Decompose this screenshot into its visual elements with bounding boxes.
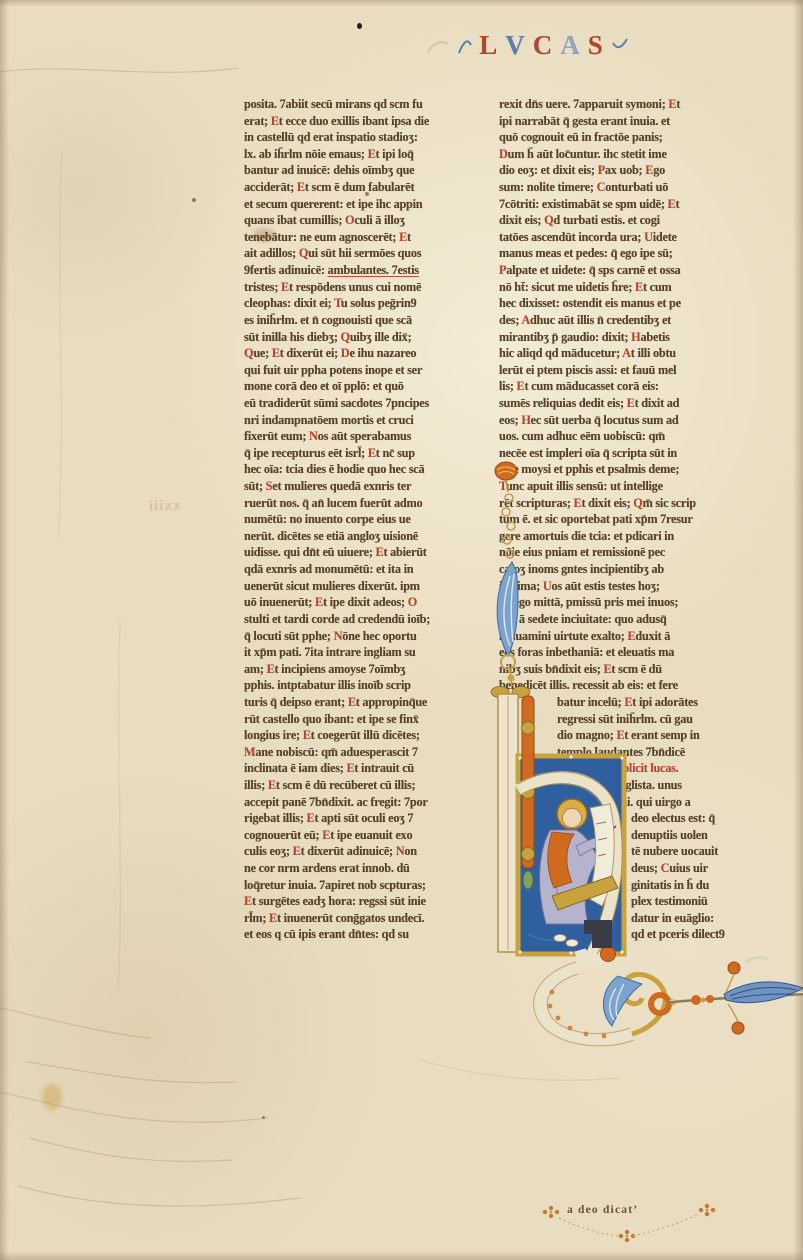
text-line: q̄ locuti sūt pphe; Nōne hec oportu: [244, 628, 496, 645]
line-text: ui sūt hii sermōes quos: [308, 246, 421, 260]
parchment-stain: [42, 1084, 62, 1110]
line-text: es inih̄rlm. et n̄ cognouisti que scā: [244, 313, 412, 327]
text-line: ruerūt nos. q̄ an̄ lucem fuerūt admo: [244, 495, 496, 512]
line-text: tenebātur: ne eum agnoscerēt;: [244, 230, 399, 244]
line-text: et eos q cū ipis erant dn̄tes: qd su: [244, 927, 409, 941]
line-text: hec dixisset: ostendit eis manus et pe: [499, 296, 681, 310]
line-text: it xp̄m pati. 7ita intrare ingliam su: [244, 645, 415, 659]
initial-tail-flourish: [520, 948, 803, 1060]
text-line: erat; Et ecce duo exillis ibant ipsa die: [244, 113, 496, 130]
text-line: sūt; Set mulieres quedā exnris ter: [244, 478, 496, 495]
line-text: t surgētes eadʒ hora: regssi sūt inie: [252, 894, 426, 908]
red-capital: N: [309, 429, 318, 443]
line-text: t abierūt: [383, 545, 426, 559]
line-text: t appropinq̄ue: [356, 695, 427, 709]
line-text: os aūt sperabamus: [318, 429, 411, 443]
line-text: plex testimoniū: [631, 894, 708, 908]
text-line: turis q̄ deipso erant; Et appropinq̄ue: [244, 694, 496, 711]
line-text: eos;: [499, 413, 521, 427]
text-line: acciderāt; Et scm ē dum fabularēt: [244, 179, 496, 196]
red-capital: E: [272, 346, 280, 360]
parchment-speck: [192, 198, 196, 202]
text-line: 7cōtriti: existimabāt se spm uidē; Et: [499, 196, 767, 213]
red-capital: M: [244, 745, 255, 759]
text-line: longius ire; Et coegerūt illū dicētes;: [244, 727, 496, 744]
line-text: illis;: [244, 778, 268, 792]
line-text: tē nubere uocauit: [631, 844, 718, 858]
red-capital: T: [334, 296, 341, 310]
line-text: t apti sūt oculi eoʒ 7: [314, 811, 413, 825]
text-line: Mane nobiscū: qm̄ aduesperascit 7: [244, 744, 496, 761]
line-text: t ipe euanuit exo: [330, 828, 412, 842]
red-capital: Q: [341, 330, 350, 344]
text-line: dio eoʒ: et dixit eis; Pax uob; Ego: [499, 162, 767, 179]
line-text: deo electus est: q̄: [631, 811, 715, 825]
text-line: eos; Hec sūt uerba q̄ locutus sum ad: [499, 412, 767, 429]
line-text: t inuenerūt conḡgatos undecī.: [277, 911, 424, 925]
line-text: t ipi loq̄: [376, 147, 414, 161]
text-line: denuptiis uolen: [631, 827, 767, 844]
line-text: t: [407, 230, 411, 244]
text-line: bantur ad inuicē: dehis oīmbʒ que: [244, 162, 496, 179]
text-line: nerūt. dicētes se etiā angloʒ uisionē: [244, 528, 496, 545]
line-text: ait adillos;: [244, 246, 299, 260]
text-line: et secum quererent: et ipe ihc appin: [244, 196, 496, 213]
line-text: m̄ sic scrip: [643, 496, 696, 510]
text-line: ait adillos; Qui sūt hii sermōes quos: [244, 245, 496, 262]
line-text: ōne hec oportu: [342, 629, 416, 643]
line-text: des;: [499, 313, 521, 327]
text-line: lis; Et cum māducasset corā eis:: [499, 378, 767, 395]
line-text: longius ire;: [244, 728, 303, 742]
orange-knot-icon: [601, 948, 616, 962]
line-text: lerūt ei ptem piscis assi: et fauū mel: [499, 363, 676, 377]
line-text: d turbati estis. et cogi: [553, 213, 659, 227]
text-line: deo electus est: q̄: [631, 810, 767, 827]
line-text: ipi narrabāt q̄ gesta erant inuia. et: [499, 114, 670, 128]
text-line: qdā exnris ad monumētū: et ita in: [244, 561, 496, 578]
line-text: t ecce duo exillis ibant ipsa die: [279, 114, 429, 128]
line-text: onturbati uō: [605, 180, 668, 194]
red-capital: N: [334, 629, 343, 643]
text-line: rl̄m; Et inuenerūt conḡgatos undecī.: [244, 910, 496, 927]
text-line: manus meas et pedes: q̄ ego ipe sū;: [499, 245, 767, 262]
line-text: turis q̄ deipso erant;: [244, 695, 348, 709]
line-text: uenerūt sicut mulieres dixerūt. ipm: [244, 579, 420, 593]
text-line: et eos q cū ipis erant dn̄tes: qd su: [244, 926, 496, 943]
line-text: denuptiis uolen: [631, 828, 708, 842]
line-text: rigebat illis;: [244, 811, 307, 825]
line-text: ec sūt uerba q̄ locutus sum ad: [531, 413, 679, 427]
line-text: et mulieres quedā exnris ter: [272, 479, 411, 493]
line-text: uos. cum adhuc eēm uobiscū: qm̄: [499, 429, 665, 443]
red-capital: O: [345, 213, 354, 227]
line-text: t nc̄ sup: [376, 446, 415, 460]
line-text: os aūt estis testes hoʒ;: [552, 579, 660, 593]
text-line: Et ego mittā, pmissū pris mei inuos;: [499, 594, 767, 611]
line-text: sum: nolite timere;: [499, 180, 597, 194]
text-line: uidisse. qui dn̄t eū uiuere; Et abierūt: [244, 544, 496, 561]
text-line: lx. ab ih̄rlm nōie emaus; Et ipi loq̄: [244, 146, 496, 163]
red-capital: Q: [244, 346, 253, 360]
line-text: cognouerūt eū;: [244, 828, 322, 842]
text-line: q̄ ipe recepturus eēt isrl̄; Et nc̄ sup: [244, 445, 496, 462]
line-text: ax uob;: [605, 163, 645, 177]
line-text: nerūt. dicētes se etiā angloʒ uisionē: [244, 529, 418, 543]
line-text: on: [404, 844, 417, 858]
text-line: eū tradiderūt sūmi sacdotes 7pncipes: [244, 395, 496, 412]
red-capital: E: [368, 446, 376, 460]
line-text: t dixit eis;: [582, 496, 634, 510]
manuscript-page: LVCAS xxiii posita. 7abiit secū mirans q…: [0, 0, 803, 1260]
line-text: in castellū qd erat inspatio stadioʒ:: [244, 130, 418, 144]
line-text: q̄ locuti sūt pphe;: [244, 629, 334, 643]
red-capital: Q: [544, 213, 553, 227]
red-capital: E: [635, 280, 643, 294]
text-line: tē nubere uocauit: [631, 843, 767, 860]
line-text: deus;: [631, 861, 661, 875]
line-text: culi ā illoʒ: [354, 213, 404, 227]
text-line: lege moysi et pphis et psalmis deme;: [499, 461, 767, 478]
line-text: t ipi adorātes: [632, 695, 698, 709]
marginal-ornament: [486, 458, 538, 688]
text-line: stulti et tardi corde ad credendū ioīb;: [244, 611, 496, 628]
line-text: cleophas: dixit ei;: [244, 296, 334, 310]
text-line: necēe est impleri oīa q̄ scripta sūt in: [499, 445, 767, 462]
line-text: t scm ē dū: [611, 662, 661, 676]
text-line: in castellū qd erat inspatio stadioʒ:: [244, 129, 496, 146]
line-text: duxit ā: [635, 629, 670, 643]
line-text: pphis. intptabatur illis inoīb scrip: [244, 678, 411, 692]
text-line: hic aliqd qd māducetur; At illi obtu: [499, 345, 767, 362]
header-flourish-right: [611, 33, 629, 57]
line-text: ane nobiscū: qm̄ aduesperascit 7: [255, 745, 417, 759]
text-line: am; Et incipiens amoyse 7oīmbʒ: [244, 661, 496, 678]
line-text: tristes;: [244, 280, 281, 294]
line-text: bantur ad inuicē: dehis oīmbʒ que: [244, 163, 414, 177]
text-line: dixit eis; Qd turbati estis. et cogi: [499, 212, 767, 229]
line-text: sūt;: [244, 479, 266, 493]
line-text: 7cōtriti: existimabāt se spm uidē;: [499, 197, 668, 211]
text-line: deus; Cuius uir: [631, 860, 767, 877]
line-text: accepit panē 7bn̄dixit. ac fregit: 7por: [244, 795, 428, 809]
text-line: ne cor nrm ardens erat innob. dū: [244, 860, 496, 877]
line-text: lx. ab ih̄rlm nōie emaus;: [244, 147, 368, 161]
red-capital: Q: [633, 496, 642, 510]
line-text: erat;: [244, 114, 271, 128]
text-line: rexit dn̄s uere. 7apparuit symoni; Et: [499, 96, 767, 113]
text-line: tristes; Et respōdens unus cui nomē: [244, 279, 496, 296]
red-capital: U: [543, 579, 552, 593]
text-line: illis; Et scm ē dū recūberet cū illis;: [244, 777, 496, 794]
red-capital: E: [574, 496, 582, 510]
line-text: rexit dn̄s uere. 7apparuit symoni;: [499, 97, 668, 111]
parchment-speck: [357, 23, 362, 29]
red-capital: E: [517, 379, 525, 393]
line-text: um h̄ aūt loc̄untur. ihc stetit ime: [508, 147, 667, 161]
line-text: qd et pceris dilect9: [631, 927, 725, 941]
line-text: 9fertis adinuicē:: [244, 263, 328, 277]
parchment-speck: [262, 1116, 265, 1119]
text-line: uenerūt sicut mulieres dixerūt. ipm: [244, 578, 496, 595]
red-capital: O: [408, 595, 417, 609]
text-line: Et surgētes eadʒ hora: regssi sūt inie: [244, 893, 496, 910]
line-text: loq̄retur inuia. 7apiret nob scpturas;: [244, 878, 426, 892]
line-text: rl̄m;: [244, 911, 269, 925]
line-text: nri indampnatōem mortis et cruci: [244, 413, 414, 427]
line-text: t scm ē dum fabularēt: [305, 180, 415, 194]
red-capital: E: [281, 280, 289, 294]
text-line: induamini uirtute exalto; Eduxit ā: [499, 628, 767, 645]
text-line: tum ē. et sic oportebat pati xp̄m 7resur: [499, 511, 767, 528]
line-text: tatōes ascendūt incorda ura;: [499, 230, 644, 244]
running-title-letters: LVCAS: [476, 30, 608, 61]
text-line: quans ibat cumillis; Oculi ā illoʒ: [244, 212, 496, 229]
line-text: mirantibʒ p̄ gaudio: dixit;: [499, 330, 631, 344]
red-capital: E: [269, 911, 277, 925]
line-text: ue;: [253, 346, 271, 360]
text-line: mirantibʒ p̄ gaudio: dixit; Habetis: [499, 329, 767, 346]
line-text: t intrauit cū: [354, 761, 414, 775]
line-text: hec oīa: tcia dies ē hodie quo hec scā: [244, 462, 424, 476]
catchword-text: a deo dicat’: [567, 1204, 638, 1216]
text-line: rēt scripturas; Et dixit eis; Qm̄ sic sc…: [499, 495, 767, 512]
text-line: tenebātur: ne eum agnoscerēt; Et: [244, 229, 496, 246]
text-line: hec dixisset: ostendit eis manus et pe: [499, 295, 767, 312]
line-text: t cum: [643, 280, 671, 294]
red-capital: E: [271, 114, 279, 128]
line-text: ne cor nrm ardens erat innob. dū: [244, 861, 410, 875]
red-capital: U: [644, 230, 653, 244]
blue-leaf-icon: [497, 562, 518, 656]
line-text: go: [653, 163, 665, 177]
line-text: abetis: [640, 330, 669, 344]
line-text: fixerūt eum;: [244, 429, 309, 443]
text-line: 9fertis adinuicē: ambulantes. 7estis: [244, 262, 496, 279]
text-line: ih̄rlima; Uos aūt estis testes hoʒ;: [499, 578, 767, 595]
text-line: tatōes ascendūt incorda ura; Uidete: [499, 229, 767, 246]
line-text: numētū: no inuento corpe eius ue: [244, 512, 411, 526]
line-text: t respōdens unus cui nomē: [289, 280, 421, 294]
line-text: eū tradiderūt sūmi sacdotes 7pncipes: [244, 396, 429, 410]
red-capital: P: [598, 163, 605, 177]
red-capital: E: [368, 147, 376, 161]
text-line: uos ā sedete inciuitate: quo adusq̄: [499, 611, 767, 628]
text-line: rūt castello quo ibant: et ipe se finx̄: [244, 711, 496, 728]
line-text: alpate et uidete: q̄ sps carnē et ossa: [506, 263, 680, 277]
text-line: culis eoʒ; Et dixerūt adinuicē; Non: [244, 843, 496, 860]
text-line: loq̄retur inuia. 7apiret nob scpturas;: [244, 877, 496, 894]
line-text: t dixerūt adinuicē;: [301, 844, 396, 858]
header-flourish-left: [457, 33, 473, 57]
line-text: t cum māducasset corā eis:: [525, 379, 659, 393]
line-text: quō cognouit eū in fractōe panis;: [499, 130, 663, 144]
red-capital: E: [645, 163, 653, 177]
line-text: t coegerūt illū dicētes;: [311, 728, 420, 742]
text-line: nōie eius pniam et remissionē pec: [499, 544, 767, 561]
red-capital: C: [597, 180, 606, 194]
text-line: rigebat illis; Et apti sūt oculi eoʒ 7: [244, 810, 496, 827]
line-text: uidisse. qui dn̄t eū uiuere;: [244, 545, 376, 559]
line-text: t erant semp in: [624, 728, 699, 742]
text-line: catoʒ inoms gntes incipientibʒ ab: [499, 561, 767, 578]
text-line: fixerūt eum; Nos aūt sperabamus: [244, 428, 496, 445]
red-capital: E: [303, 728, 311, 742]
line-text: ginitatis in h̄ du: [631, 878, 709, 892]
line-text: posita. 7abiit secū mirans qd scm fu: [244, 97, 423, 111]
red-capital: A: [521, 313, 530, 327]
red-capital: E: [627, 396, 635, 410]
red-capital: E: [322, 828, 330, 842]
text-line: sumēs reliquias dedit eis; Et dixit ad: [499, 395, 767, 412]
text-line: inclinata ē iam dies; Et intrauit cū: [244, 760, 496, 777]
red-capital: E: [348, 695, 356, 709]
text-line: sum: nolite timere; Conturbati uō: [499, 179, 767, 196]
line-text: t ipe dixit adeos;: [323, 595, 408, 609]
red-capital: C: [661, 861, 670, 875]
line-text: t dixit ad: [635, 396, 680, 410]
text-column-left: posita. 7abiit secū mirans qd scm fuerat…: [244, 96, 496, 943]
gold-chain-icon: [502, 494, 515, 558]
red-capital: E: [315, 595, 323, 609]
line-text: dixit eis;: [499, 213, 544, 227]
pencil-mark: [424, 34, 454, 60]
illuminated-initial-h: [488, 684, 630, 962]
red-capital: E: [267, 662, 275, 676]
line-text: t: [675, 197, 679, 211]
text-line: gere amortuis die tcia: et pdicari in: [499, 528, 767, 545]
line-text: t: [676, 97, 680, 111]
text-line: es inih̄rlm. et n̄ cognouisti que scā: [244, 312, 496, 329]
running-title-letter: L: [476, 30, 502, 61]
orange-ring-icon: [651, 995, 669, 1013]
underlined-text: ambulantes. 7estis: [328, 263, 419, 277]
text-line: nō ht̄: sicut me uidetis h̄re; Et cum: [499, 279, 767, 296]
text-line: nri indampnatōem mortis et cruci: [244, 412, 496, 429]
text-line: Palpate et uidete: q̄ sps carnē et ossa: [499, 262, 767, 279]
text-line: posita. 7abiit secū mirans qd scm fu: [244, 96, 496, 113]
line-text: idete: [653, 230, 677, 244]
line-text: t dixerūt ei;: [280, 346, 341, 360]
line-text: stulti et tardi corde ad credendū ioīb;: [244, 612, 430, 626]
line-text: hic aliqd qd māducetur;: [499, 346, 622, 360]
line-text: datur in euāglio:: [631, 911, 714, 925]
text-line: ginitatis in h̄ du: [631, 877, 767, 894]
text-line: mone corā deo et oī pplō: et quō: [244, 378, 496, 395]
line-text: e ihu nazareo: [349, 346, 416, 360]
red-capital: E: [268, 778, 276, 792]
red-capital: A: [622, 346, 631, 360]
red-capital: E: [399, 230, 407, 244]
line-text: q̄ ipe recepturus eēt isrl̄;: [244, 446, 368, 460]
text-line: nibʒ suis bn̄dixit eis; Et scm ē dū: [499, 661, 767, 678]
line-text: inclinata ē iam dies;: [244, 761, 346, 775]
line-text: rūt castello quo ibant: et ipe se finx̄: [244, 712, 419, 726]
line-text: dhuc aūt illis n̄ credentibʒ et: [530, 313, 671, 327]
text-line: qui fuit uir ppha potens inope et ser: [244, 362, 496, 379]
red-capital: D: [499, 147, 508, 161]
text-line: accepit panē 7bn̄dixit. ac fregit: 7por: [244, 794, 496, 811]
running-title-letter: C: [530, 30, 558, 61]
text-line: plex testimoniū: [631, 893, 767, 910]
red-capital: E: [244, 894, 252, 908]
line-text: et secum quererent: et ipe ihc appin: [244, 197, 422, 211]
line-text: lis;: [499, 379, 517, 393]
line-text: ruerūt nos. q̄ an̄ lucem fuerūt admo: [244, 496, 422, 510]
text-line: quō cognouit eū in fractōe panis;: [499, 129, 767, 146]
line-text: culis eoʒ;: [244, 844, 293, 858]
line-text: quans ibat cumillis;: [244, 213, 345, 227]
running-title: LVCAS: [448, 22, 638, 68]
text-line: cleophas: dixit ei; Tu solus peḡrin9: [244, 295, 496, 312]
line-text: mone corā deo et oī pplō: et quō: [244, 379, 404, 393]
text-line: hec oīa: tcia dies ē hodie quo hec scā: [244, 461, 496, 478]
running-title-letter: S: [585, 30, 608, 61]
red-capital: E: [293, 844, 301, 858]
text-line: datur in euāglio:: [631, 910, 767, 927]
text-line: pphis. intptabatur illis inoīb scrip: [244, 677, 496, 694]
line-text: uō inuenerūt;: [244, 595, 315, 609]
line-text: uibʒ ille dix̄;: [350, 330, 412, 344]
blue-acanthus-icon: [603, 976, 642, 1026]
line-text: manus meas et pedes: q̄ ego ipe sū;: [499, 246, 673, 260]
line-text: qdā exnris ad monumētū: et ita in: [244, 562, 413, 576]
text-line: it xp̄m pati. 7ita intrare ingliam su: [244, 644, 496, 661]
red-capital: E: [297, 180, 305, 194]
text-line: eos foras inbethaniā: et eleuatis ma: [499, 644, 767, 661]
line-text: u solus peḡrin9: [341, 296, 417, 310]
text-line: Dum h̄ aūt loc̄untur. ihc stetit ime: [499, 146, 767, 163]
text-line: uō inuenerūt; Et ipe dixit adeos; O: [244, 594, 496, 611]
line-text: qui fuit uir ppha potens inope et ser: [244, 363, 422, 377]
red-capital: Q: [299, 246, 308, 260]
line-text: t incipiens amoyse 7oīmbʒ: [275, 662, 406, 676]
text-line: uos. cum adhuc eēm uobiscū: qm̄: [499, 428, 767, 445]
text-line: ipi narrabāt q̄ gesta erant inuia. et: [499, 113, 767, 130]
text-line: lerūt ei ptem piscis assi: et fauū mel: [499, 362, 767, 379]
line-text: dio eoʒ: et dixit eis;: [499, 163, 598, 177]
text-line: qd et pceris dilect9: [631, 926, 767, 943]
fleur-leaf-icon: [724, 982, 803, 1003]
text-line: numētū: no inuento corpe eius ue: [244, 511, 496, 528]
text-line: cognouerūt eū; Et ipe euanuit exo: [244, 827, 496, 844]
line-text: acciderāt;: [244, 180, 297, 194]
text-line: sūt inilla his diebʒ; Quibʒ ille dix̄;: [244, 329, 496, 346]
running-title-letter: V: [502, 30, 530, 61]
text-line: Que; Et dixerūt ei; De ihu nazareo: [244, 345, 496, 362]
text-line: des; Adhuc aūt illis n̄ credentibʒ et: [499, 312, 767, 329]
line-text: t scm ē dū recūberet cū illis;: [276, 778, 416, 792]
red-capital: H: [521, 413, 530, 427]
line-text: nō ht̄: sicut me uidetis h̄re;: [499, 280, 635, 294]
catchword: a deo dicat’: [535, 1196, 725, 1250]
marginal-numeral: xxiii: [148, 498, 181, 516]
line-text: sūt inilla his diebʒ;: [244, 330, 341, 344]
line-text: sumēs reliquias dedit eis;: [499, 396, 627, 410]
line-text: t illi obtu: [631, 346, 676, 360]
text-line: Tunc apuit illis sensū: ut intellige: [499, 478, 767, 495]
line-text: am;: [244, 662, 267, 676]
line-text: uius uir: [669, 861, 708, 875]
running-title-letter: A: [557, 30, 585, 61]
